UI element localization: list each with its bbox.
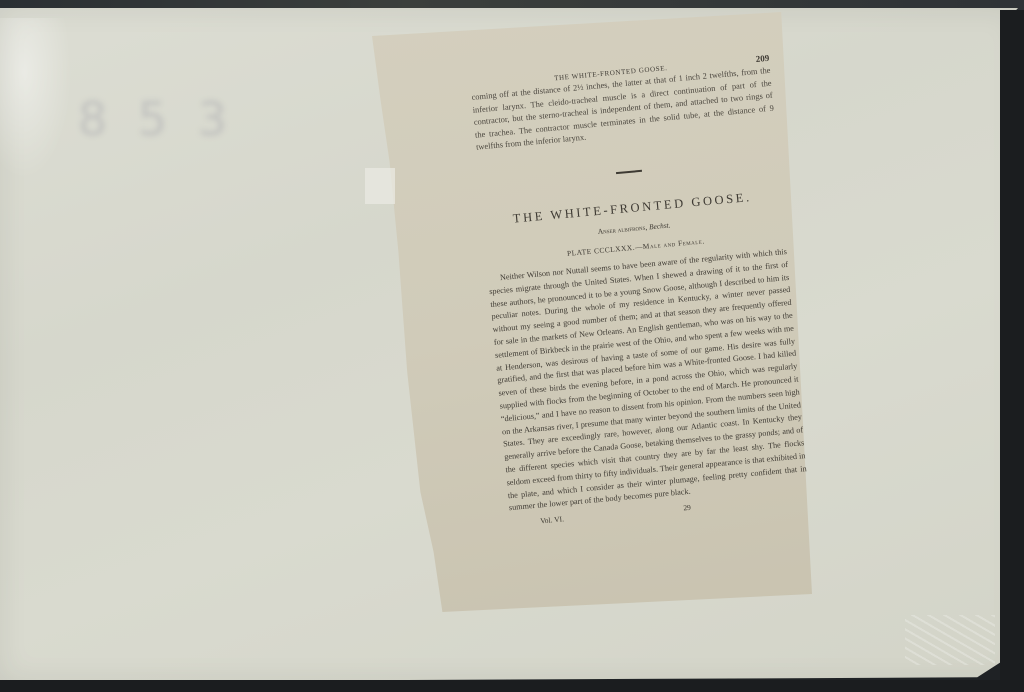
article-body: Neither Wilson nor Nuttall seems to have…: [488, 246, 809, 515]
plastic-wrap-crease: [905, 615, 995, 665]
signature-mark: 29: [683, 503, 691, 513]
binomial-author: Bechst.: [649, 220, 671, 231]
page-text-block: THE WHITE-FRONTED GOOSE. 209 coming off …: [470, 53, 810, 528]
dark-backdrop-right: [1000, 10, 1024, 692]
plastic-sleeve-glare: [0, 18, 80, 198]
dark-backdrop-bottom: [0, 680, 1024, 692]
binomial-name: Anser albifrons,: [597, 223, 647, 236]
pencil-price-mark: 8 5 3: [78, 92, 235, 146]
mounting-tape: [365, 168, 395, 204]
page-number: 209: [755, 53, 769, 64]
section-rule: [616, 170, 642, 174]
